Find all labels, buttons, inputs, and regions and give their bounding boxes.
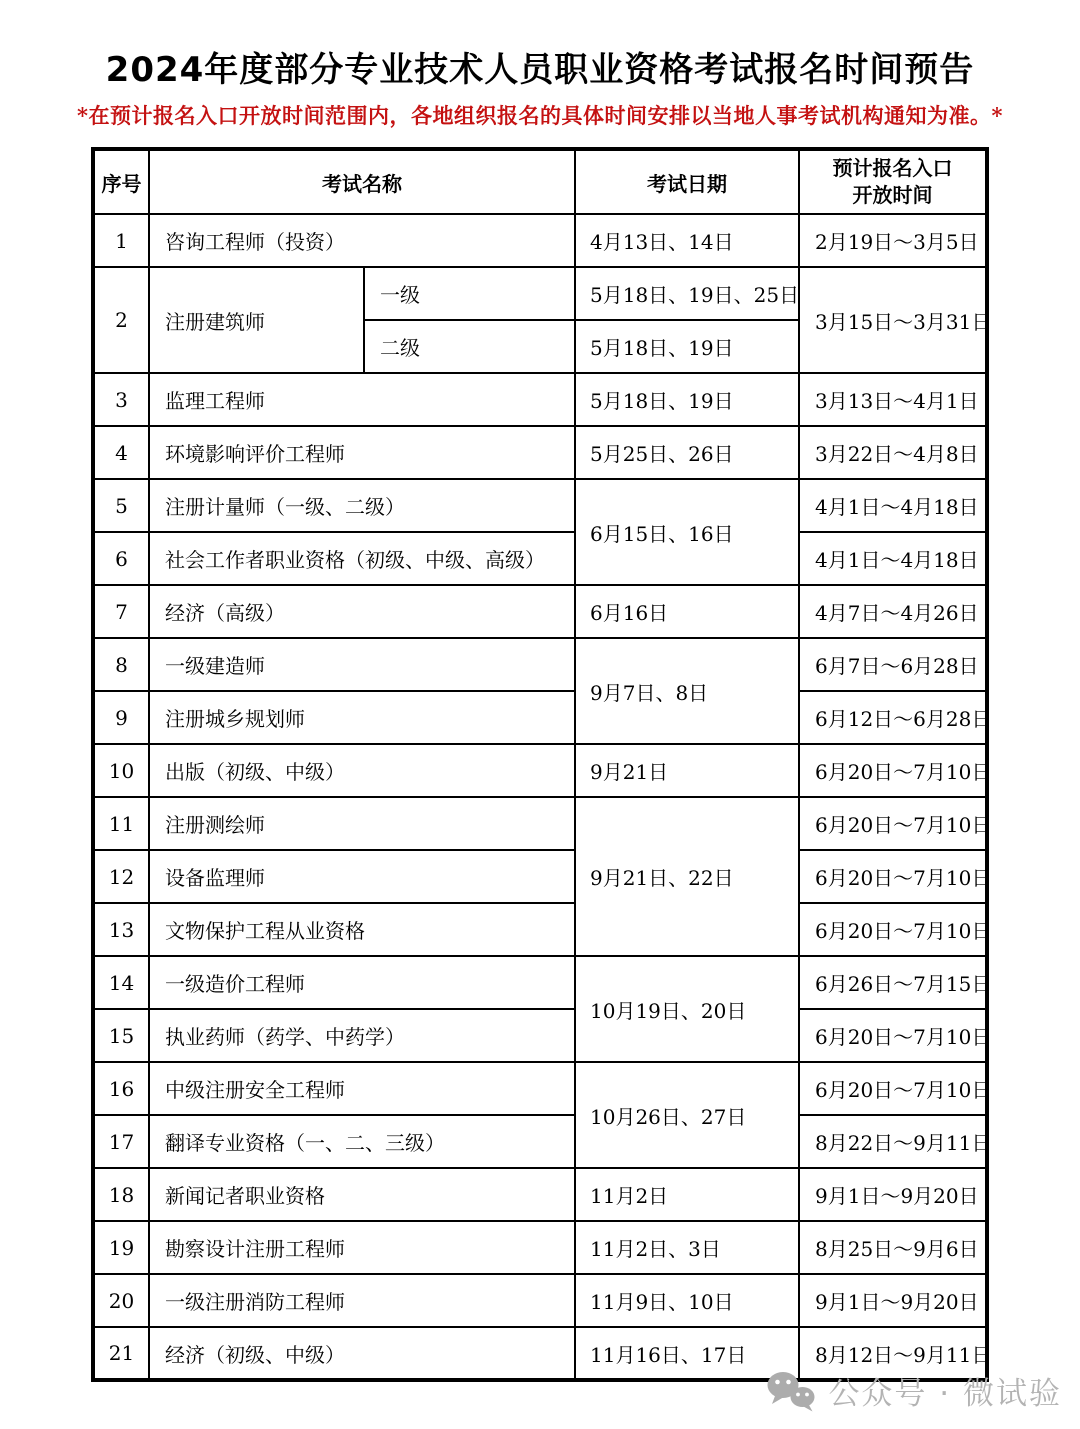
cell-exam-name: 经济（初级、中级） <box>149 1327 575 1380</box>
table-row: 1 咨询工程师（投资） 4月13日、14日 2月19日～3月5日 <box>93 214 987 267</box>
cell-entry-period: 4月7日～4月26日 <box>799 585 987 638</box>
cell-exam-name: 监理工程师 <box>149 373 575 426</box>
cell-entry-period: 6月7日～6月28日 <box>799 638 987 691</box>
cell-serial: 17 <box>93 1115 149 1168</box>
cell-exam-level: 二级 <box>364 320 575 373</box>
cell-exam-date: 9月21日、22日 <box>575 797 799 956</box>
cell-exam-name: 经济（高级） <box>149 585 575 638</box>
table-row: 9 注册城乡规划师 6月12日～6月28日 <box>93 691 987 744</box>
cell-serial: 19 <box>93 1221 149 1274</box>
cell-entry-period: 6月12日～6月28日 <box>799 691 987 744</box>
cell-exam-date: 10月26日、27日 <box>575 1062 799 1168</box>
cell-entry-period: 4月1日～4月18日 <box>799 532 987 585</box>
cell-entry-period: 6月20日～7月10日 <box>799 1009 987 1062</box>
cell-serial: 1 <box>93 214 149 267</box>
cell-exam-name: 注册计量师（一级、二级） <box>149 479 575 532</box>
cell-serial: 21 <box>93 1327 149 1380</box>
table-row: 3 监理工程师 5月18日、19日 3月13日～4月1日 <box>93 373 987 426</box>
cell-exam-name: 执业药师（药学、中药学） <box>149 1009 575 1062</box>
cell-serial: 2 <box>93 267 149 373</box>
cell-exam-name: 注册城乡规划师 <box>149 691 575 744</box>
cell-serial: 7 <box>93 585 149 638</box>
cell-exam-date: 10月19日、20日 <box>575 956 799 1062</box>
cell-serial: 4 <box>93 426 149 479</box>
cell-serial: 11 <box>93 797 149 850</box>
table-row: 7 经济（高级） 6月16日 4月7日～4月26日 <box>93 585 987 638</box>
cell-exam-name: 注册测绘师 <box>149 797 575 850</box>
page-title: 2024年度部分专业技术人员职业资格考试报名时间预告 <box>0 0 1080 91</box>
table-row: 10 出版（初级、中级） 9月21日 6月20日～7月10日 <box>93 744 987 797</box>
cell-exam-name: 出版（初级、中级） <box>149 744 575 797</box>
cell-exam-level: 一级 <box>364 267 575 320</box>
table-row: 19 勘察设计注册工程师 11月2日、3日 8月25日～9月6日 <box>93 1221 987 1274</box>
cell-serial: 3 <box>93 373 149 426</box>
cell-exam-date: 11月9日、10日 <box>575 1274 799 1327</box>
watermark-label: 公众号 · 微试验 <box>828 1368 1062 1413</box>
header-entry-period: 预计报名入口 开放时间 <box>799 149 987 214</box>
header-exam-date: 考试日期 <box>575 149 799 214</box>
header-entry-line1: 预计报名入口 <box>800 155 985 182</box>
cell-serial: 18 <box>93 1168 149 1221</box>
cell-exam-date: 5月25日、26日 <box>575 426 799 479</box>
cell-exam-date: 5月18日、19日、25日 <box>575 267 799 320</box>
cell-exam-name: 咨询工程师（投资） <box>149 214 575 267</box>
table-row: 11 注册测绘师 9月21日、22日 6月20日～7月10日 <box>93 797 987 850</box>
cell-serial: 13 <box>93 903 149 956</box>
cell-serial: 12 <box>93 850 149 903</box>
cell-exam-name: 勘察设计注册工程师 <box>149 1221 575 1274</box>
cell-serial: 5 <box>93 479 149 532</box>
cell-exam-name: 翻译专业资格（一、二、三级） <box>149 1115 575 1168</box>
cell-exam-name: 环境影响评价工程师 <box>149 426 575 479</box>
cell-serial: 10 <box>93 744 149 797</box>
notice-text: *在预计报名入口开放时间范围内，各地组织报名的具体时间安排以当地人事考试机构通知… <box>0 100 1080 130</box>
cell-exam-name: 注册建筑师 <box>149 267 364 373</box>
cell-exam-name: 社会工作者职业资格（初级、中级、高级） <box>149 532 575 585</box>
cell-exam-name: 一级注册消防工程师 <box>149 1274 575 1327</box>
cell-serial: 8 <box>93 638 149 691</box>
cell-exam-date: 9月21日 <box>575 744 799 797</box>
table-row: 18 新闻记者职业资格 11月2日 9月1日～9月20日 <box>93 1168 987 1221</box>
table-row: 5 注册计量师（一级、二级） 6月15日、16日 4月1日～4月18日 <box>93 479 987 532</box>
header-exam-name: 考试名称 <box>149 149 575 214</box>
cell-exam-date: 4月13日、14日 <box>575 214 799 267</box>
cell-entry-period: 6月20日～7月10日 <box>799 903 987 956</box>
header-no: 序号 <box>93 149 149 214</box>
cell-exam-date: 11月2日、3日 <box>575 1221 799 1274</box>
cell-entry-period: 3月13日～4月1日 <box>799 373 987 426</box>
table-row: 12 设备监理师 6月20日～7月10日 <box>93 850 987 903</box>
cell-serial: 6 <box>93 532 149 585</box>
table-row: 16 中级注册安全工程师 10月26日、27日 6月20日～7月10日 <box>93 1062 987 1115</box>
wechat-icon <box>764 1370 818 1412</box>
cell-exam-date: 6月16日 <box>575 585 799 638</box>
cell-exam-date: 9月7日、8日 <box>575 638 799 744</box>
header-entry-line2: 开放时间 <box>800 182 985 209</box>
cell-exam-name: 中级注册安全工程师 <box>149 1062 575 1115</box>
watermark: 公众号 · 微试验 <box>764 1368 1062 1413</box>
table-row: 13 文物保护工程从业资格 6月20日～7月10日 <box>93 903 987 956</box>
table-row: 4 环境影响评价工程师 5月25日、26日 3月22日～4月8日 <box>93 426 987 479</box>
table-row: 14 一级造价工程师 10月19日、20日 6月26日～7月15日 <box>93 956 987 1009</box>
cell-serial: 14 <box>93 956 149 1009</box>
table-row: 17 翻译专业资格（一、二、三级） 8月22日～9月11日 <box>93 1115 987 1168</box>
cell-exam-date: 6月15日、16日 <box>575 479 799 585</box>
cell-entry-period: 2月19日～3月5日 <box>799 214 987 267</box>
cell-entry-period: 6月20日～7月10日 <box>799 797 987 850</box>
cell-exam-name: 一级建造师 <box>149 638 575 691</box>
cell-entry-period: 3月15日～3月31日 <box>799 267 987 373</box>
cell-entry-period: 6月20日～7月10日 <box>799 1062 987 1115</box>
cell-exam-name: 新闻记者职业资格 <box>149 1168 575 1221</box>
cell-entry-period: 3月22日～4月8日 <box>799 426 987 479</box>
cell-entry-period: 6月26日～7月15日 <box>799 956 987 1009</box>
cell-serial: 20 <box>93 1274 149 1327</box>
table-row: 2 注册建筑师 一级 5月18日、19日、25日 3月15日～3月31日 <box>93 267 987 320</box>
table-row: 6 社会工作者职业资格（初级、中级、高级） 4月1日～4月18日 <box>93 532 987 585</box>
cell-exam-date: 5月18日、19日 <box>575 373 799 426</box>
cell-entry-period: 9月1日～9月20日 <box>799 1274 987 1327</box>
cell-serial: 16 <box>93 1062 149 1115</box>
table-row: 15 执业药师（药学、中药学） 6月20日～7月10日 <box>93 1009 987 1062</box>
cell-entry-period: 8月25日～9月6日 <box>799 1221 987 1274</box>
cell-entry-period: 8月22日～9月11日 <box>799 1115 987 1168</box>
table-row: 20 一级注册消防工程师 11月9日、10日 9月1日～9月20日 <box>93 1274 987 1327</box>
table-row: 8 一级建造师 9月7日、8日 6月7日～6月28日 <box>93 638 987 691</box>
table-header-row: 序号 考试名称 考试日期 预计报名入口 开放时间 <box>93 149 987 214</box>
cell-exam-name: 文物保护工程从业资格 <box>149 903 575 956</box>
cell-entry-period: 9月1日～9月20日 <box>799 1168 987 1221</box>
exam-schedule-table: 序号 考试名称 考试日期 预计报名入口 开放时间 1 咨询工程师（投资） 4月1… <box>91 147 989 1382</box>
cell-serial: 15 <box>93 1009 149 1062</box>
cell-exam-name: 一级造价工程师 <box>149 956 575 1009</box>
cell-exam-date: 5月18日、19日 <box>575 320 799 373</box>
cell-exam-date: 11月2日 <box>575 1168 799 1221</box>
cell-entry-period: 4月1日～4月18日 <box>799 479 987 532</box>
cell-entry-period: 6月20日～7月10日 <box>799 744 987 797</box>
cell-serial: 9 <box>93 691 149 744</box>
cell-entry-period: 6月20日～7月10日 <box>799 850 987 903</box>
cell-exam-name: 设备监理师 <box>149 850 575 903</box>
